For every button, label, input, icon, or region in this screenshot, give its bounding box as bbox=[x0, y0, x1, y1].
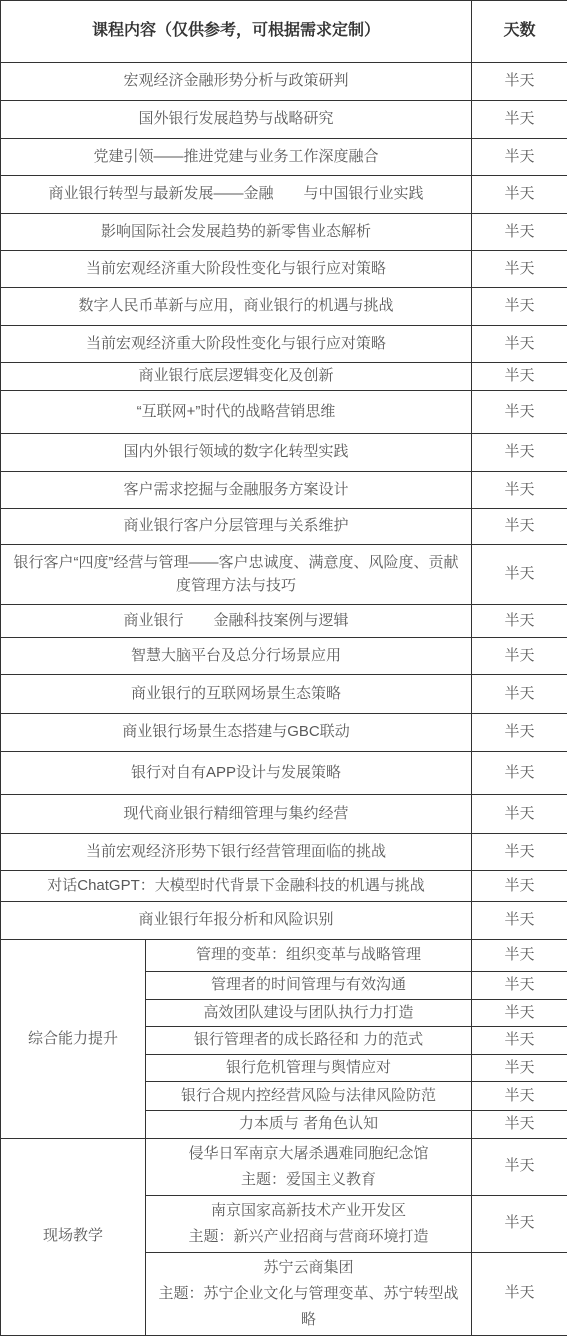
course-cell: 银行客户“四度”经营与管理——客户忠诚度、满意度、风险度、贡献度管理方法与技巧 bbox=[1, 545, 472, 605]
course-cell: 银行对自有APP设计与发展策略 bbox=[1, 752, 472, 795]
table-row: 商业银行 金融科技案例与逻辑半天 bbox=[1, 605, 567, 638]
course-cell: 商业银行场景生态搭建与GBC联动 bbox=[1, 714, 472, 752]
days-cell: 半天 bbox=[472, 795, 567, 834]
course-cell: 高效团队建设与团队执行力打造 bbox=[146, 999, 472, 1027]
days-cell: 半天 bbox=[472, 714, 567, 752]
course-cell: 力本质与 者角色认知 bbox=[146, 1111, 472, 1139]
days-cell: 半天 bbox=[472, 1054, 567, 1082]
course-cell: 智慧大脑平台及总分行场景应用 bbox=[1, 638, 472, 675]
table-row: 当前宏观经济重大阶段性变化与银行应对策略半天 bbox=[1, 326, 567, 363]
table-row: 国外银行发展趋势与战略研究半天 bbox=[1, 101, 567, 139]
days-cell: 半天 bbox=[472, 675, 567, 714]
table-row: 商业银行客户分层管理与关系维护半天 bbox=[1, 509, 567, 545]
table-row: 商业银行场景生态搭建与GBC联动半天 bbox=[1, 714, 567, 752]
table-row: 银行客户“四度”经营与管理——客户忠诚度、满意度、风险度、贡献度管理方法与技巧半… bbox=[1, 545, 567, 605]
table-row: 对话ChatGPT：大模型时代背景下金融科技的机遇与挑战半天 bbox=[1, 871, 567, 902]
days-cell: 半天 bbox=[472, 1111, 567, 1139]
section-label-cell: 综合能力提升 bbox=[1, 940, 146, 1139]
course-cell: 南京国家高新技术产业开发区主题：新兴产业招商与营商环境打造 bbox=[146, 1195, 472, 1252]
table-row: 影响国际社会发展趋势的新零售业态解析半天 bbox=[1, 214, 567, 251]
course-line: 侵华日军南京大屠杀遇难同胞纪念馆 bbox=[152, 1141, 465, 1167]
page: 课程内容（仅供参考，可根据需求定制） 天数 宏观经济金融形势分析与政策研判半天国… bbox=[0, 0, 567, 1336]
table-row: 客户需求挖掘与金融服务方案设计半天 bbox=[1, 472, 567, 509]
course-cell: 商业银行年报分析和风险识别 bbox=[1, 902, 472, 940]
course-cell: 党建引领——推进党建与业务工作深度融合 bbox=[1, 139, 472, 176]
days-cell: 半天 bbox=[472, 288, 567, 326]
days-cell: 半天 bbox=[472, 1138, 567, 1195]
course-line: 主题：苏宁企业文化与管理变革、苏宁转型战略 bbox=[152, 1281, 465, 1333]
course-cell: 现代商业银行精细管理与集约经营 bbox=[1, 795, 472, 834]
course-cell: 影响国际社会发展趋势的新零售业态解析 bbox=[1, 214, 472, 251]
course-cell: 商业银行底层逻辑变化及创新 bbox=[1, 363, 472, 391]
table-row: 智慧大脑平台及总分行场景应用半天 bbox=[1, 638, 567, 675]
days-cell: 半天 bbox=[472, 214, 567, 251]
days-cell: 半天 bbox=[472, 363, 567, 391]
course-cell: 商业银行客户分层管理与关系维护 bbox=[1, 509, 472, 545]
course-cell: “互联网+”时代的战略营销思维 bbox=[1, 391, 472, 434]
course-cell: 数字人民币革新与应用，商业银行的机遇与挑战 bbox=[1, 288, 472, 326]
table-row: 商业银行转型与最新发展——金融 与中国银行业实践半天 bbox=[1, 176, 567, 214]
days-cell: 半天 bbox=[472, 638, 567, 675]
days-cell: 半天 bbox=[472, 509, 567, 545]
days-cell: 半天 bbox=[472, 834, 567, 871]
table-row: 商业银行底层逻辑变化及创新半天 bbox=[1, 363, 567, 391]
course-cell: 对话ChatGPT：大模型时代背景下金融科技的机遇与挑战 bbox=[1, 871, 472, 902]
course-table: 课程内容（仅供参考，可根据需求定制） 天数 宏观经济金融形势分析与政策研判半天国… bbox=[0, 0, 567, 1336]
course-cell: 当前宏观经济形势下银行经营管理面临的挑战 bbox=[1, 834, 472, 871]
table-body: 宏观经济金融形势分析与政策研判半天国外银行发展趋势与战略研究半天党建引领——推进… bbox=[1, 63, 567, 1336]
days-cell: 半天 bbox=[472, 472, 567, 509]
table-row: 商业银行年报分析和风险识别半天 bbox=[1, 902, 567, 940]
course-line: 南京国家高新技术产业开发区 bbox=[152, 1198, 465, 1224]
course-line: 苏宁云商集团 bbox=[152, 1255, 465, 1281]
table-row: 宏观经济金融形势分析与政策研判半天 bbox=[1, 63, 567, 101]
table-row: 现代商业银行精细管理与集约经营半天 bbox=[1, 795, 567, 834]
table-row: 当前宏观经济形势下银行经营管理面临的挑战半天 bbox=[1, 834, 567, 871]
course-line: 主题：爱国主义教育 bbox=[152, 1167, 465, 1193]
course-cell: 银行危机管理与舆情应对 bbox=[146, 1054, 472, 1082]
table-row: 党建引领——推进党建与业务工作深度融合半天 bbox=[1, 139, 567, 176]
days-cell: 半天 bbox=[472, 902, 567, 940]
days-cell: 半天 bbox=[472, 326, 567, 363]
days-cell: 半天 bbox=[472, 434, 567, 472]
days-cell: 半天 bbox=[472, 752, 567, 795]
course-cell: 管理者的时间管理与有效沟通 bbox=[146, 972, 472, 1000]
days-cell: 半天 bbox=[472, 1195, 567, 1252]
days-cell: 半天 bbox=[472, 1082, 567, 1111]
days-cell: 半天 bbox=[472, 940, 567, 972]
days-cell: 半天 bbox=[472, 545, 567, 605]
table-row: 当前宏观经济重大阶段性变化与银行应对策略半天 bbox=[1, 251, 567, 288]
section-label-cell: 现场教学 bbox=[1, 1138, 146, 1335]
course-cell: 国外银行发展趋势与战略研究 bbox=[1, 101, 472, 139]
course-line: 主题：新兴产业招商与营商环境打造 bbox=[152, 1224, 465, 1250]
course-cell: 当前宏观经济重大阶段性变化与银行应对策略 bbox=[1, 251, 472, 288]
course-cell: 银行合规内控经营风险与法律风险防范 bbox=[146, 1082, 472, 1111]
course-cell: 管理的变革：组织变革与战略管理 bbox=[146, 940, 472, 972]
table-row: 国内外银行领域的数字化转型实践半天 bbox=[1, 434, 567, 472]
table-row: 现场教学侵华日军南京大屠杀遇难同胞纪念馆主题：爱国主义教育半天 bbox=[1, 1138, 567, 1195]
course-cell: 国内外银行领域的数字化转型实践 bbox=[1, 434, 472, 472]
course-cell: 商业银行转型与最新发展——金融 与中国银行业实践 bbox=[1, 176, 472, 214]
days-cell: 半天 bbox=[472, 101, 567, 139]
table-row: “互联网+”时代的战略营销思维半天 bbox=[1, 391, 567, 434]
table-row: 商业银行的互联网场景生态策略半天 bbox=[1, 675, 567, 714]
course-header-cell: 课程内容（仅供参考，可根据需求定制） bbox=[1, 1, 472, 63]
course-cell: 当前宏观经济重大阶段性变化与银行应对策略 bbox=[1, 326, 472, 363]
course-cell: 宏观经济金融形势分析与政策研判 bbox=[1, 63, 472, 101]
days-cell: 半天 bbox=[472, 1252, 567, 1335]
days-cell: 半天 bbox=[472, 972, 567, 1000]
days-header-cell: 天数 bbox=[472, 1, 567, 63]
days-cell: 半天 bbox=[472, 139, 567, 176]
header-row: 课程内容（仅供参考，可根据需求定制） 天数 bbox=[1, 1, 567, 63]
days-cell: 半天 bbox=[472, 176, 567, 214]
days-cell: 半天 bbox=[472, 999, 567, 1027]
course-cell: 客户需求挖掘与金融服务方案设计 bbox=[1, 472, 472, 509]
table-row: 银行对自有APP设计与发展策略半天 bbox=[1, 752, 567, 795]
course-cell: 商业银行 金融科技案例与逻辑 bbox=[1, 605, 472, 638]
table-row: 综合能力提升管理的变革：组织变革与战略管理半天 bbox=[1, 940, 567, 972]
days-cell: 半天 bbox=[472, 63, 567, 101]
days-cell: 半天 bbox=[472, 605, 567, 638]
days-cell: 半天 bbox=[472, 1027, 567, 1055]
days-cell: 半天 bbox=[472, 251, 567, 288]
course-cell: 商业银行的互联网场景生态策略 bbox=[1, 675, 472, 714]
course-cell: 苏宁云商集团主题：苏宁企业文化与管理变革、苏宁转型战略 bbox=[146, 1252, 472, 1335]
course-cell: 侵华日军南京大屠杀遇难同胞纪念馆主题：爱国主义教育 bbox=[146, 1138, 472, 1195]
days-cell: 半天 bbox=[472, 871, 567, 902]
days-cell: 半天 bbox=[472, 391, 567, 434]
course-cell: 银行管理者的成长路径和 力的范式 bbox=[146, 1027, 472, 1055]
table-row: 数字人民币革新与应用，商业银行的机遇与挑战半天 bbox=[1, 288, 567, 326]
